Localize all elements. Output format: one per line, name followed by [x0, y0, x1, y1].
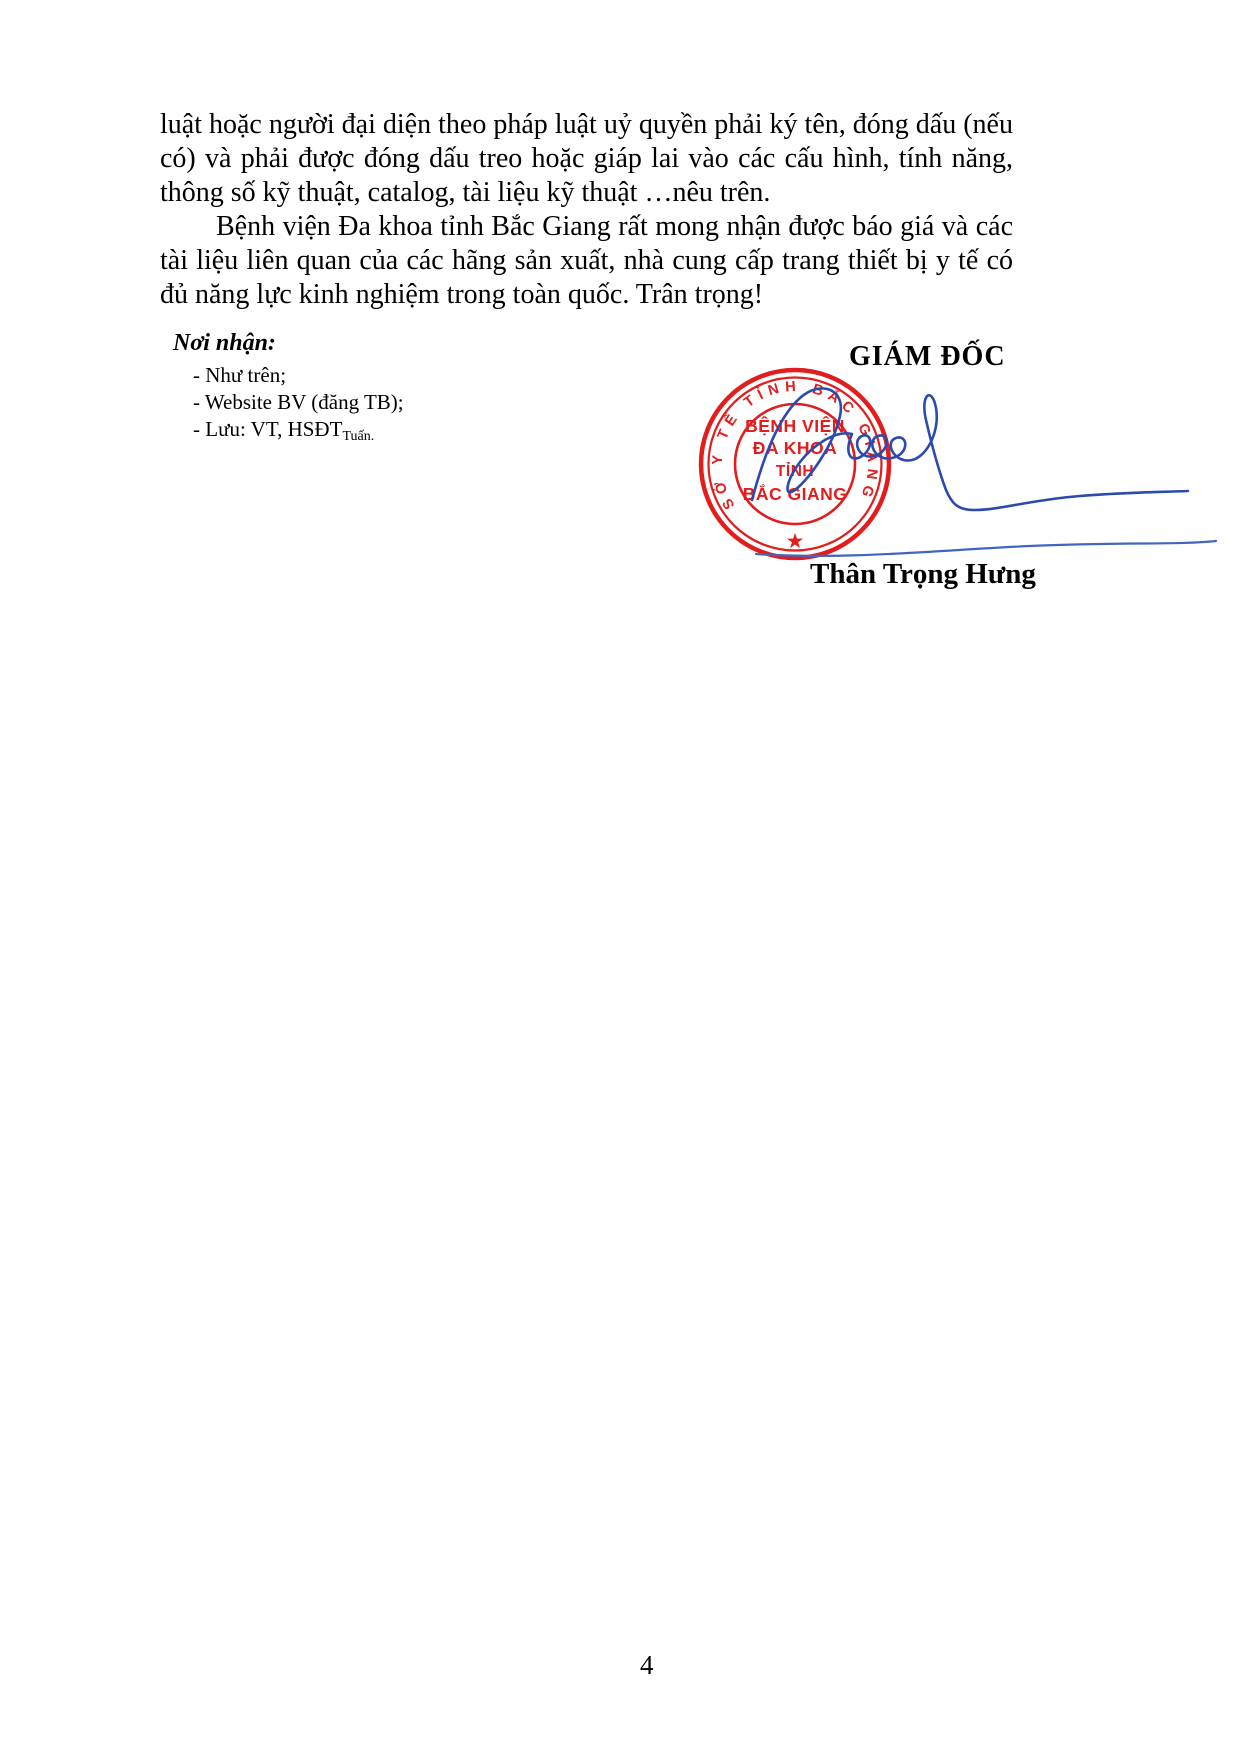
stamp-center-line: BỆNH VIỆN	[745, 415, 845, 436]
page-number: 4	[640, 1650, 654, 1681]
star-icon: ★	[786, 529, 805, 553]
signature-scribble	[752, 388, 1216, 555]
document-page: luật hoặc người đại diện theo pháp luật …	[0, 0, 1241, 1755]
stamp-center-line: BẮC GIANG	[743, 483, 848, 504]
signer-name: Thân Trọng Hưng	[810, 558, 1036, 591]
hospital-stamp: SỞ Y TẾ TỈNH BẮC GIANG BỆNH VIỆN ĐA KHOA…	[701, 370, 889, 558]
stamp-and-signature-layer: SỞ Y TẾ TỈNH BẮC GIANG BỆNH VIỆN ĐA KHOA…	[0, 0, 1241, 1755]
